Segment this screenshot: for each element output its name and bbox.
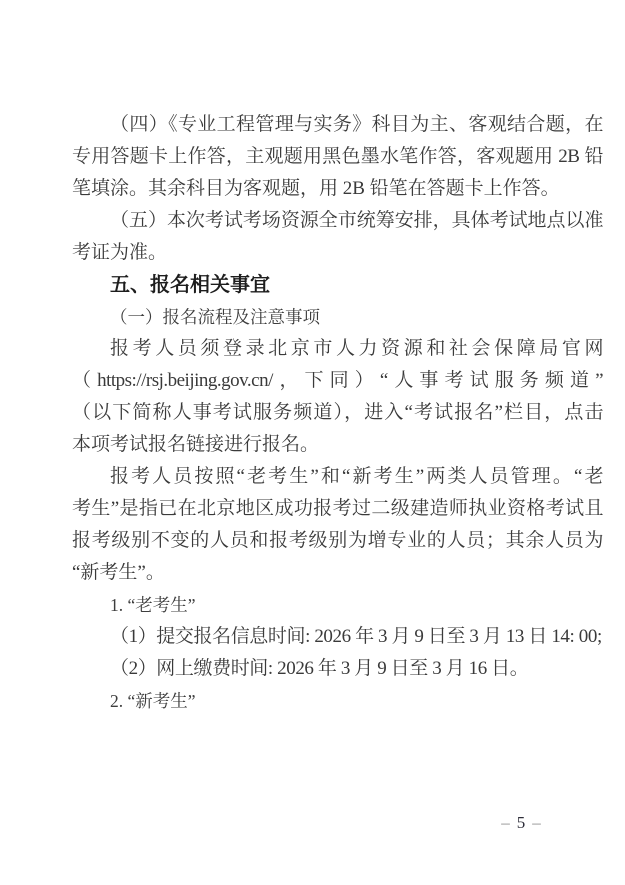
doc-line: 本项考试报名链接进行报名。 [72,429,603,461]
page-number-dash-left: – [501,813,510,832]
doc-line: 报考人员按照“老考生”和“新考生”两类人员管理。“老 [72,461,603,493]
doc-line: 考生”是指已在北京地区成功报考过二级建造师执业资格考试且 [72,493,603,525]
doc-line: （四）《专业工程管理与实务》科目为主、客观结合题，在 [72,109,603,141]
list-item-heading: 1. “老考生” [72,589,603,621]
document-page: （四）《专业工程管理与实务》科目为主、客观结合题，在 专用答题卡上作答，主观题用… [0,0,625,885]
page-number-value: 5 [517,813,526,832]
doc-line: 考证为准。 [72,237,603,269]
doc-line: （五）本次考试考场资源全市统筹安排，具体考试地点以准 [72,205,603,237]
section-heading: 五、报名相关事宜 [72,269,603,301]
list-item-heading: 2. “新考生” [72,685,603,717]
doc-line-url: （https://rsj.beijing.gov.cn/，下同）“人事考试服务频… [72,365,603,397]
doc-line: “新考生”。 [72,557,603,589]
doc-line: （2）网上缴费时间: 2026 年 3 月 9 日至 3 月 16 日。 [72,653,603,685]
subsection-heading: （一）报名流程及注意事项 [72,301,603,333]
page-number: –5– [456,810,586,836]
doc-line: 报考级别不变的人员和报考级别为增专业的人员；其余人员为 [72,525,603,557]
doc-line: （以下简称人事考试服务频道），进入“考试报名”栏目，点击 [72,397,603,429]
doc-line: 笔填涂。其余科目为客观题，用 2B 铅笔在答题卡上作答。 [72,173,603,205]
doc-line: 专用答题卡上作答，主观题用黑色墨水笔作答，客观题用 2B 铅 [72,141,603,173]
page-number-dash-right: – [532,813,541,832]
document-body: （四）《专业工程管理与实务》科目为主、客观结合题，在 专用答题卡上作答，主观题用… [72,109,603,717]
doc-line: （1）提交报名信息时间: 2026 年 3 月 9 日至 3 月 13 日 14… [72,621,603,653]
doc-line: 报考人员须登录北京市人力资源和社会保障局官网 [72,333,603,365]
